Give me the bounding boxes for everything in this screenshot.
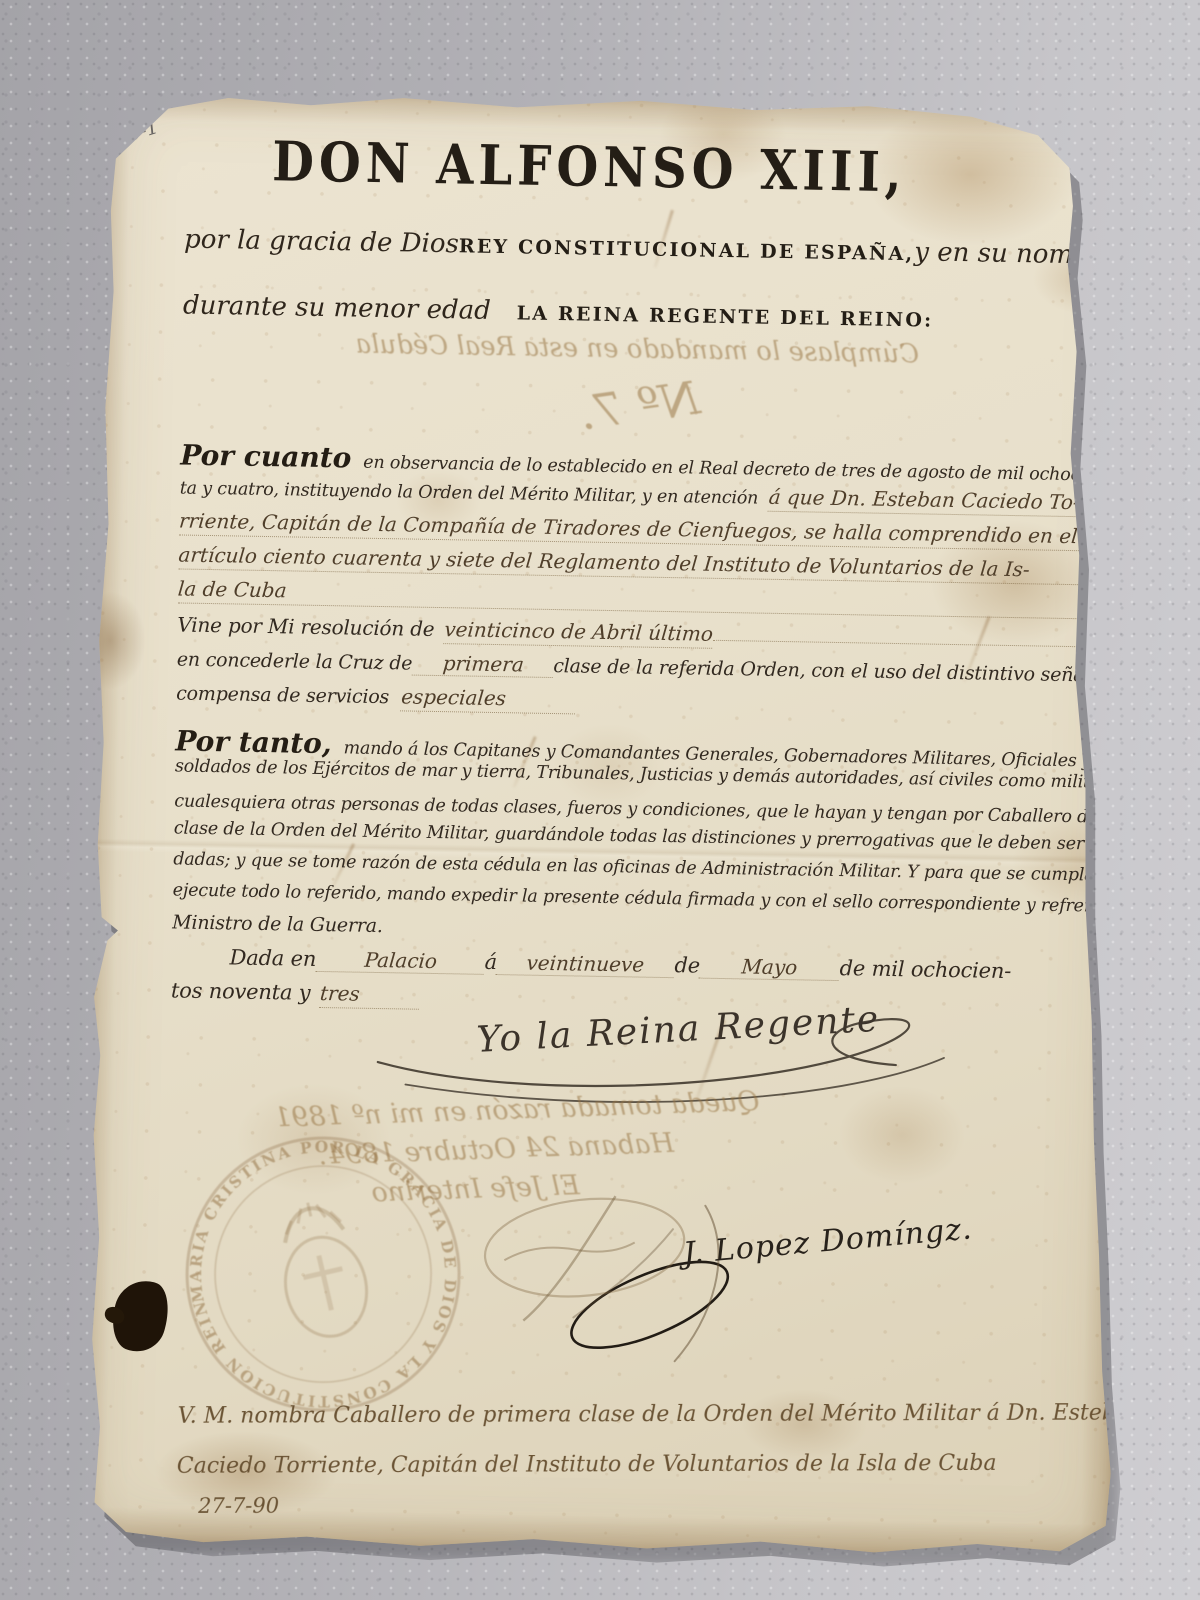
- ink-blot: [105, 1274, 176, 1358]
- handwritten-entry: la de Cuba: [177, 576, 288, 602]
- handwritten-entry: especiales: [400, 684, 577, 714]
- por-tanto-lead: Por tanto,: [175, 724, 332, 760]
- handwritten-entry: primera: [1105, 804, 1200, 831]
- preamble-script-3: durante su menor edad: [183, 291, 491, 326]
- photo-scene: 45-1 DON ALFONSO XIII, por la gracia de …: [0, 0, 1200, 1600]
- document-paper: 45-1 DON ALFONSO XIII, por la gracia de …: [79, 87, 1136, 1561]
- handwritten-entry: Palacio: [315, 947, 486, 975]
- body-text: ejecute todo lo referido, mando expedir …: [173, 880, 1194, 918]
- faded-oval-stamp: [463, 1174, 726, 1329]
- body-text: de mil ochocien-: [839, 956, 1011, 983]
- svg-text:MARIA CRISTINA POR LA GRACIA D: MARIA CRISTINA POR LA GRACIA DE DIOS Y L…: [142, 1093, 488, 1444]
- body-text: en concederle la Cruz de: [177, 648, 413, 674]
- preamble-print-1: REY CONSTITUCIONAL DE ESPAÑA,: [459, 235, 915, 265]
- dotted-rule: [713, 638, 1087, 648]
- footer-annotation-line-2: Caciedo Torriente, Capitán del Instituto…: [177, 1451, 1053, 1479]
- body-line-p4-6: ejecute todo lo referido, mando expedir …: [173, 880, 1083, 916]
- body-line-p3-2: compensa de servicios especiales: [176, 680, 1086, 723]
- seal-text: MARIA CRISTINA POR LA GRACIA DE DIOS Y L…: [142, 1093, 488, 1444]
- body-line-p4-7: Ministro de la Guerra.: [172, 911, 1082, 949]
- preamble-script-2: y en su nombre y: [914, 237, 1141, 271]
- handwritten-entry: artículo ciento cuarenta y siete del Reg…: [178, 542, 1031, 581]
- preamble-print-2: LA REINA REGENTE DEL REINO:: [517, 302, 934, 331]
- preamble-script-1: por la gracia de Dios: [184, 225, 459, 260]
- preamble-line-1: por la gracia de Dios REY CONSTITUCIONAL…: [184, 225, 1094, 271]
- handwritten-entry: á que Dn. Esteban Caciedo To-: [767, 485, 1091, 518]
- body-text: Dada en: [229, 945, 316, 971]
- handwritten-entry: veintinueve: [496, 950, 676, 978]
- body-text: ta y cuatro, instituyendo la Orden del M…: [180, 478, 759, 508]
- body-text: Ministro de la Guerra.: [172, 911, 383, 937]
- body-text: Vine por Mi resolución de: [177, 612, 434, 640]
- bleedthrough-number: Nº 7.: [576, 370, 703, 440]
- body-text: clase de la referida Orden, con el uso d…: [553, 655, 1200, 689]
- body-text: dadas; y que se tome razón de esta cédul…: [173, 849, 1110, 885]
- document-paper-wrap: 45-1 DON ALFONSO XIII, por la gracia de …: [79, 87, 1136, 1561]
- body-text: tos noventa y: [171, 978, 311, 1004]
- document-title: DON ALFONSO XIII,: [103, 127, 1076, 208]
- body-text: de: [674, 953, 700, 977]
- footer-date: 27-7-90: [198, 1491, 1052, 1518]
- body-line-p5-1: Dada en Palacio á veintinueve de Mayo de…: [229, 945, 1081, 985]
- footer-annotation-line-1: V. M. nombra Caballero de primera clase …: [178, 1401, 1054, 1429]
- handwritten-entry: primera: [411, 651, 554, 678]
- por-cuanto-lead: Por cuanto: [180, 438, 352, 474]
- handwritten-entry: Mayo: [699, 954, 841, 981]
- body-text: compensa de servicios: [176, 682, 389, 708]
- ink-bleed-streak: [1088, 396, 1113, 474]
- body-line-p4-5: dadas; y que se tome razón de esta cédul…: [173, 849, 1083, 885]
- handwritten-entry: veinticinco de Abril último: [443, 617, 714, 649]
